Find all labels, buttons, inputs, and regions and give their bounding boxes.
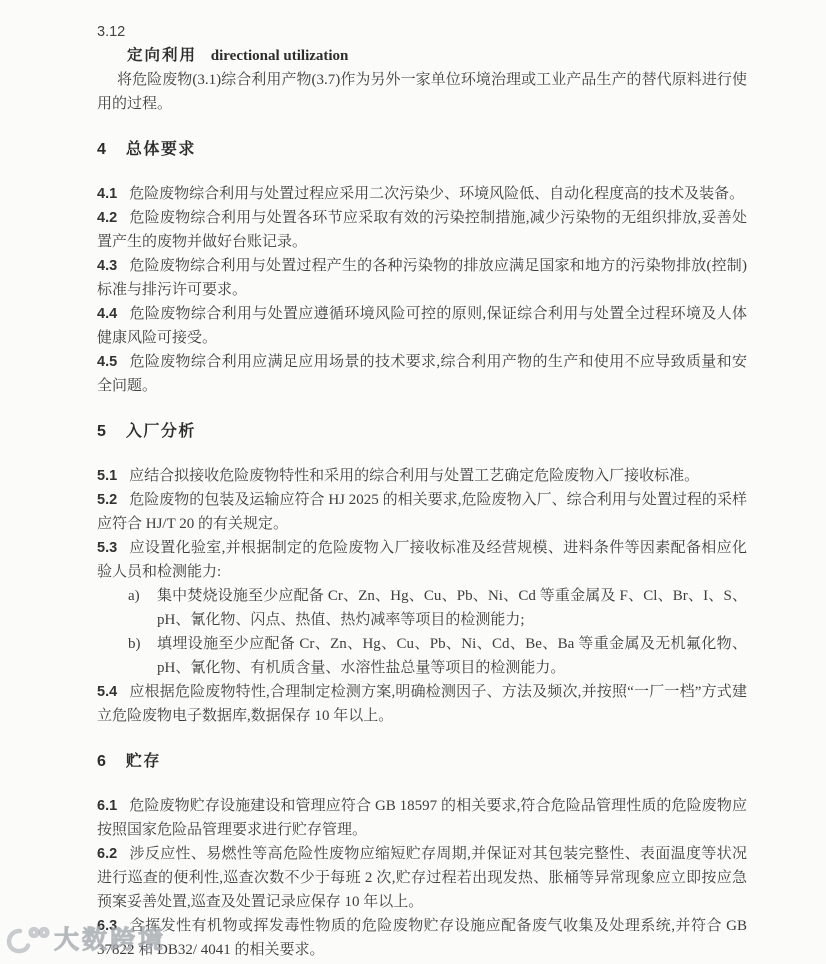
clause-6-2-number: 6.2 xyxy=(97,846,117,862)
clause-6-1-number: 6.1 xyxy=(97,798,117,814)
clause-5-3-number: 5.3 xyxy=(97,540,117,556)
clause-4-4: 4.4危险废物综合利用与处置应遵循环境风险可控的原则,保证综合利用与处置全过程环… xyxy=(97,302,747,350)
section-6: 6 贮存 6.1危险废物贮存设施建设和管理应符合 GB 18597 的相关要求,… xyxy=(97,750,747,962)
clause-5-3-subitem-a: a)集中焚烧设施至少应配备 Cr、Zn、Hg、Cu、Pb、Ni、Cd 等重金属及… xyxy=(97,584,747,632)
clause-4-2: 4.2危险废物综合利用与处置各环节应采取有效的污染控制措施,减少污染物的无组织排… xyxy=(97,206,747,254)
clause-5-2: 5.2危险废物的包装及运输应符合 HJ 2025 的相关要求,危险废物入厂、综合… xyxy=(97,488,747,536)
subitem-b-marker: b) xyxy=(128,632,141,656)
clause-6-3: 6.3含挥发性有机物或挥发毒性物质的危险废物贮存设施应配备废气收集及处理系统,并… xyxy=(97,914,747,962)
clause-4-4-number: 4.4 xyxy=(97,306,117,322)
clause-4-3-number: 4.3 xyxy=(97,258,117,274)
term-title-en: directional utilization xyxy=(211,48,349,64)
clause-4-5-text: 危险废物综合利用应满足应用场景的技术要求,综合利用产物的生产和使用不应导致质量和… xyxy=(97,354,747,394)
term-definition-block: 3.12 定向利用 directional utilization 将危险废物(… xyxy=(97,20,747,116)
section-4: 4 总体要求 4.1危险废物综合利用与处置过程应采用二次污染少、环境风险低、自动… xyxy=(97,138,747,398)
clause-6-1-text: 危险废物贮存设施建设和管理应符合 GB 18597 的相关要求,符合危险品管理性… xyxy=(97,798,747,838)
clause-5-1-text: 应结合拟接收危险废物特性和采用的综合利用与处置工艺确定危险废物入厂接收标准。 xyxy=(129,468,699,484)
clause-5-4-number: 5.4 xyxy=(97,684,117,700)
section-5-heading: 5 入厂分析 xyxy=(97,420,747,444)
clause-5-2-number: 5.2 xyxy=(97,492,117,508)
clause-5-4-text: 应根据危险废物特性,合理制定检测方案,明确检测因子、方法及频次,并按照“一厂一档… xyxy=(97,684,747,724)
clause-5-3-subitem-b: b)填埋设施至少应配备 Cr、Zn、Hg、Cu、Pb、Ni、Cd、Be、Ba 等… xyxy=(97,632,747,680)
clause-4-1-number: 4.1 xyxy=(97,186,117,202)
subitem-a-text: 集中焚烧设施至少应配备 Cr、Zn、Hg、Cu、Pb、Ni、Cd 等重金属及 F… xyxy=(157,588,747,628)
clause-6-3-number: 6.3 xyxy=(97,918,117,934)
section-6-number: 6 xyxy=(97,753,106,770)
section-4-heading: 4 总体要求 xyxy=(97,138,747,162)
clause-6-3-text: 含挥发性有机物或挥发毒性物质的危险废物贮存设施应配备废气收集及处理系统,并符合 … xyxy=(97,918,747,958)
subitem-b-text: 填埋设施至少应配备 Cr、Zn、Hg、Cu、Pb、Ni、Cd、Be、Ba 等重金… xyxy=(157,636,747,676)
watermark-logo-icon xyxy=(5,925,51,955)
section-4-number: 4 xyxy=(97,141,106,158)
term-definition-text: 将危险废物(3.1)综合利用产物(3.7)作为另外一家单位环境治理或工业产品生产… xyxy=(97,68,747,116)
clause-5-3: 5.3应设置化验室,并根据制定的危险废物入厂接收标准及经营规模、进料条件等因素配… xyxy=(97,536,747,584)
section-5-title: 入厂分析 xyxy=(126,423,196,440)
clause-5-2-text: 危险废物的包装及运输应符合 HJ 2025 的相关要求,危险废物入厂、综合利用与… xyxy=(97,492,747,532)
section-5-number: 5 xyxy=(97,423,106,440)
clause-6-2: 6.2涉反应性、易燃性等高危险性废物应缩短贮存周期,并保证对其包装完整性、表面温… xyxy=(97,842,747,914)
clause-4-5: 4.5危险废物综合利用应满足应用场景的技术要求,综合利用产物的生产和使用不应导致… xyxy=(97,350,747,398)
section-5: 5 入厂分析 5.1应结合拟接收危险废物特性和采用的综合利用与处置工艺确定危险废… xyxy=(97,420,747,728)
clause-4-1-text: 危险废物综合利用与处置过程应采用二次污染少、环境风险低、自动化程度高的技术及装备… xyxy=(129,186,744,202)
clause-4-2-number: 4.2 xyxy=(97,210,117,226)
subitem-a-marker: a) xyxy=(128,584,140,608)
clause-5-1-number: 5.1 xyxy=(97,468,117,484)
section-6-title: 贮存 xyxy=(126,753,161,770)
clause-5-1: 5.1应结合拟接收危险废物特性和采用的综合利用与处置工艺确定危险废物入厂接收标准… xyxy=(97,464,747,488)
clause-6-1: 6.1危险废物贮存设施建设和管理应符合 GB 18597 的相关要求,符合危险品… xyxy=(97,794,747,842)
clause-4-4-text: 危险废物综合利用与处置应遵循环境风险可控的原则,保证综合利用与处置全过程环境及人… xyxy=(97,306,747,346)
clause-4-3: 4.3危险废物综合利用与处置过程产生的各种污染物的排放应满足国家和地方的污染物排… xyxy=(97,254,747,302)
term-title: 定向利用 directional utilization xyxy=(97,44,747,68)
clause-4-2-text: 危险废物综合利用与处置各环节应采取有效的污染控制措施,减少污染物的无组织排放,妥… xyxy=(97,210,747,250)
clause-4-3-text: 危险废物综合利用与处置过程产生的各种污染物的排放应满足国家和地方的污染物排放(控… xyxy=(97,258,747,298)
clause-4-5-number: 4.5 xyxy=(97,354,117,370)
term-number: 3.12 xyxy=(97,20,747,44)
section-6-heading: 6 贮存 xyxy=(97,750,747,774)
term-title-zh: 定向利用 xyxy=(127,47,197,64)
clause-4-1: 4.1危险废物综合利用与处置过程应采用二次污染少、环境风险低、自动化程度高的技术… xyxy=(97,182,747,206)
clause-5-4: 5.4应根据危险废物特性,合理制定检测方案,明确检测因子、方法及频次,并按照“一… xyxy=(97,680,747,728)
clause-6-2-text: 涉反应性、易燃性等高危险性废物应缩短贮存周期,并保证对其包装完整性、表面温度等状… xyxy=(97,846,747,910)
section-4-title: 总体要求 xyxy=(126,141,196,158)
document-page: 3.12 定向利用 directional utilization 将危险废物(… xyxy=(0,0,826,964)
clause-5-3-text: 应设置化验室,并根据制定的危险废物入厂接收标准及经营规模、进料条件等因素配备相应… xyxy=(97,540,747,580)
